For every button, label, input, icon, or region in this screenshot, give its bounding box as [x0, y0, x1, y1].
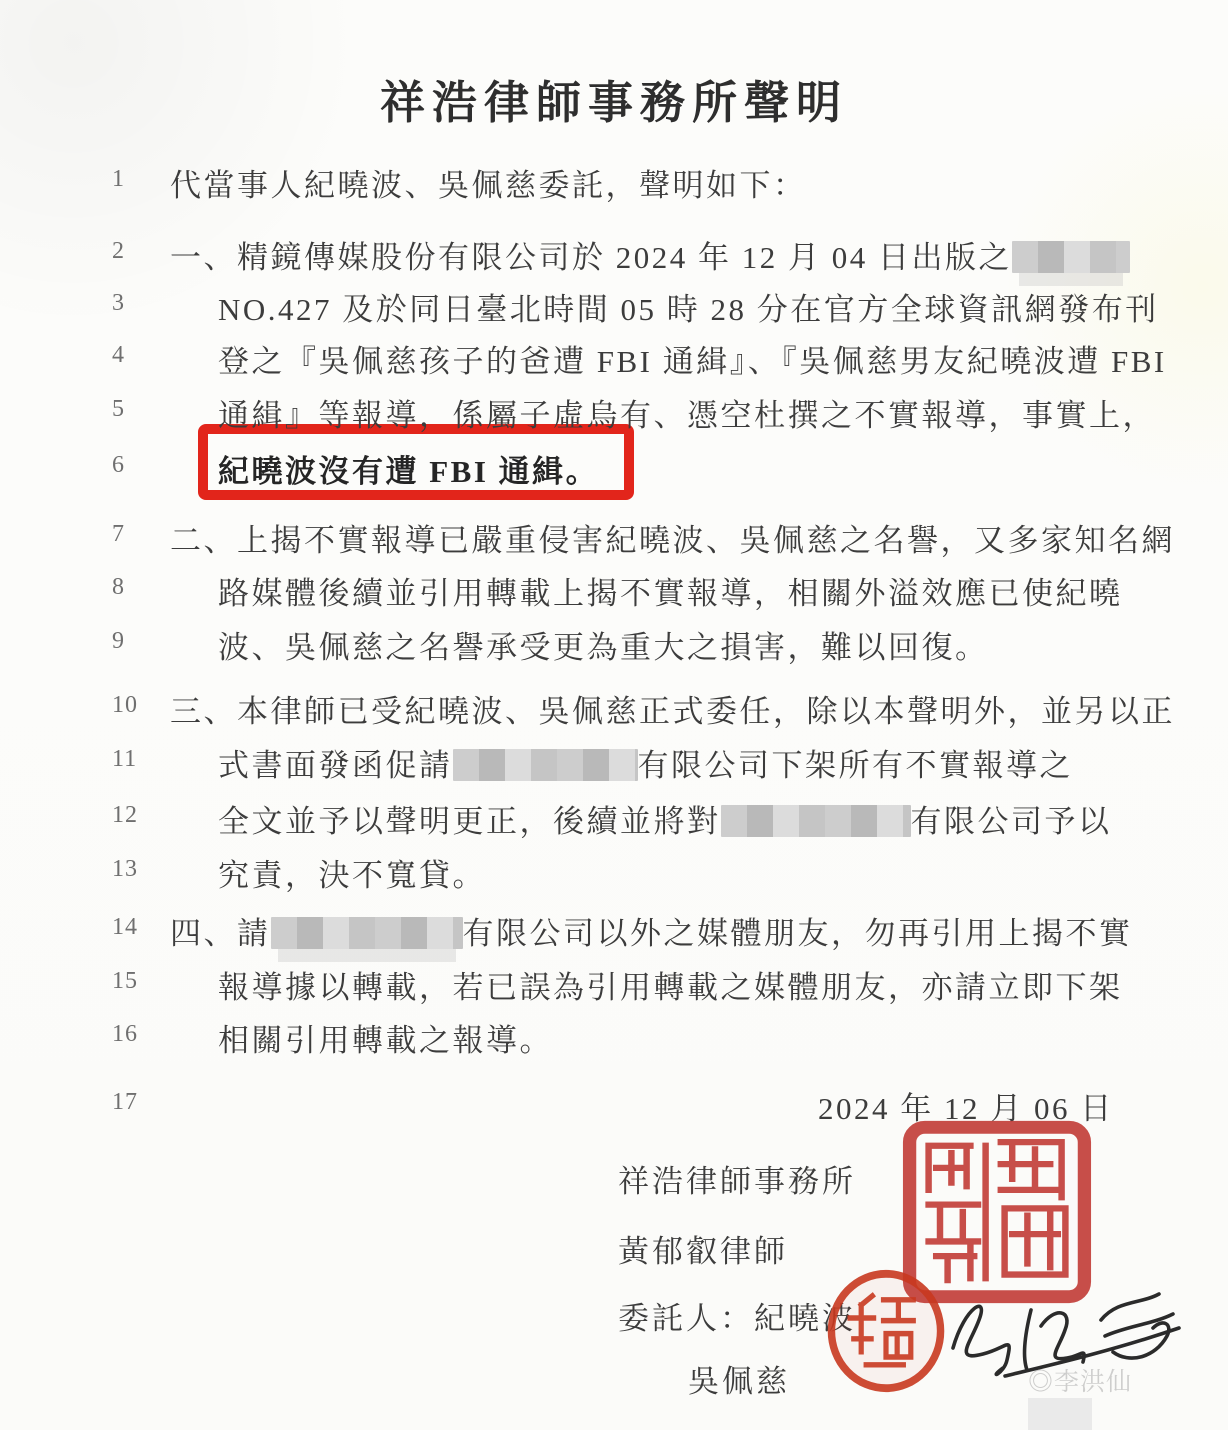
line-number: 17 [112, 1089, 156, 1116]
doc-line-8: 8 路媒體後續並引用轉載上揭不實報導，相關外溢效應已使紀曉 [0, 568, 1228, 612]
line-number: 15 [112, 968, 156, 995]
doc-line-9: 9 波、吳佩慈之名譽承受更為重大之損害，難以回復。 [0, 622, 1228, 666]
line-number: 14 [112, 914, 156, 941]
doc-line-1: 1 代當事人紀曉波、吳佩慈委託，聲明如下： [0, 160, 1228, 204]
line-number: 10 [112, 692, 156, 719]
censored-pixelated-block [721, 805, 911, 837]
line-text: 代當事人紀曉波、吳佩慈委託，聲明如下： [170, 160, 807, 205]
doc-line-3: 3 NO.427 及於同日臺北時間 05 時 28 分在官方全球資訊網發布刊 [0, 284, 1228, 328]
line-text: 波、吳佩慈之名譽承受更為重大之損害，難以回復。 [218, 622, 989, 667]
doc-line-14: 14 四、請有限公司以外之媒體朋友，勿再引用上揭不實 [0, 908, 1228, 952]
line-text-segment: 四、請 [170, 916, 271, 951]
gray-censor-block [1028, 1398, 1092, 1430]
watermark-text: ◎李洪仙 [1028, 1362, 1132, 1398]
line-text: 全文並予以聲明更正，後續並將對有限公司予以 [218, 796, 1112, 841]
client-name-2: 吳佩慈 [688, 1356, 790, 1401]
line-number: 16 [112, 1021, 156, 1048]
line-text: 四、請有限公司以外之媒體朋友，勿再引用上揭不實 [170, 908, 1133, 953]
line-number: 12 [112, 802, 156, 829]
line-text: 登之『吳佩慈孩子的爸遭 FBI 通緝』、『吳佩慈男友紀曉波遭 FBI [218, 336, 1167, 381]
scanned-statement-document: 祥浩律師事務所聲明 1 代當事人紀曉波、吳佩慈委託，聲明如下： 2 一、精鏡傳媒… [0, 0, 1228, 1430]
lawyer-name: 黃郁叡律師 [618, 1226, 788, 1271]
line-text-segment: 有限公司予以 [911, 804, 1112, 839]
line-number: 4 [112, 342, 156, 369]
line-number: 2 [112, 238, 156, 265]
line-text: 三、本律師已受紀曉波、吳佩慈正式委任，除以本聲明外，並另以正 [170, 686, 1175, 731]
line-number: 7 [112, 521, 156, 548]
line-number: 5 [112, 396, 156, 423]
line-text-segment: 有限公司以外之媒體朋友，勿再引用上揭不實 [463, 916, 1133, 951]
line-number: 13 [112, 856, 156, 883]
line-text: 式書面發函促請有限公司下架所有不實報導之 [218, 740, 1073, 785]
doc-line-2: 2 一、精鏡傳媒股份有限公司於 2024 年 12 月 04 日出版之 [0, 232, 1228, 276]
doc-line-6: 6 紀曉波沒有遭 FBI 通緝。 [0, 446, 1228, 490]
line-number: 6 [112, 452, 156, 479]
line-text-segment: 全文並予以聲明更正，後續並將對 [218, 804, 721, 839]
highlighted-statement-text: 紀曉波沒有遭 FBI 通緝。 [218, 446, 599, 491]
line-text: 報導據以轉載，若已誤為引用轉載之媒體朋友，亦請立即下架 [218, 962, 1123, 1007]
client-line: 委託人：紀曉波 [618, 1293, 856, 1338]
doc-line-11: 11 式書面發函促請有限公司下架所有不實報導之 [0, 740, 1228, 784]
line-text-segment: 有限公司下架所有不實報導之 [638, 748, 1074, 783]
line-text: 二、上揭不實報導已嚴重侵害紀曉波、吳佩慈之名譽，又多家知名網 [170, 515, 1175, 560]
doc-line-13: 13 究責，決不寬貸。 [0, 850, 1228, 894]
doc-line-10: 10 三、本律師已受紀曉波、吳佩慈正式委任，除以本聲明外，並另以正 [0, 686, 1228, 730]
line-text: 相關引用轉載之報導。 [218, 1015, 553, 1060]
censored-pixelated-block [271, 917, 463, 949]
doc-line-16: 16 相關引用轉載之報導。 [0, 1015, 1228, 1059]
doc-line-7: 7 二、上揭不實報導已嚴重侵害紀曉波、吳佩慈之名譽，又多家知名網 [0, 515, 1228, 559]
line-text-segment: 一、精鏡傳媒股份有限公司於 2024 年 12 月 04 日出版之 [170, 240, 1012, 275]
doc-line-12: 12 全文並予以聲明更正，後續並將對有限公司予以 [0, 796, 1228, 840]
doc-line-15: 15 報導據以轉載，若已誤為引用轉載之媒體朋友，亦請立即下架 [0, 962, 1228, 1006]
line-text: 一、精鏡傳媒股份有限公司於 2024 年 12 月 04 日出版之 [170, 232, 1130, 277]
line-text: 究責，決不寬貸。 [218, 850, 486, 895]
line-number: 3 [112, 290, 156, 317]
firm-name: 祥浩律師事務所 [618, 1156, 856, 1201]
line-text: 路媒體後續並引用轉載上揭不實報導，相關外溢效應已使紀曉 [218, 568, 1123, 613]
document-title: 祥浩律師事務所聲明 [0, 66, 1228, 131]
censored-pixelated-block [453, 749, 638, 781]
censored-pixelated-block [1012, 241, 1130, 273]
line-text: 通緝』等報導，係屬子虛烏有、憑空杜撰之不實報導，事實上， [218, 390, 1156, 435]
line-text-segment: 式書面發函促請 [218, 748, 453, 783]
doc-line-5: 5 通緝』等報導，係屬子虛烏有、憑空杜撰之不實報導，事實上， [0, 390, 1228, 434]
line-number: 8 [112, 574, 156, 601]
line-number: 11 [112, 746, 156, 773]
doc-line-4: 4 登之『吳佩慈孩子的爸遭 FBI 通緝』、『吳佩慈男友紀曉波遭 FBI [0, 336, 1228, 380]
line-number: 9 [112, 628, 156, 655]
line-text: NO.427 及於同日臺北時間 05 時 28 分在官方全球資訊網發布刊 [218, 284, 1159, 329]
line-number: 1 [112, 166, 156, 193]
